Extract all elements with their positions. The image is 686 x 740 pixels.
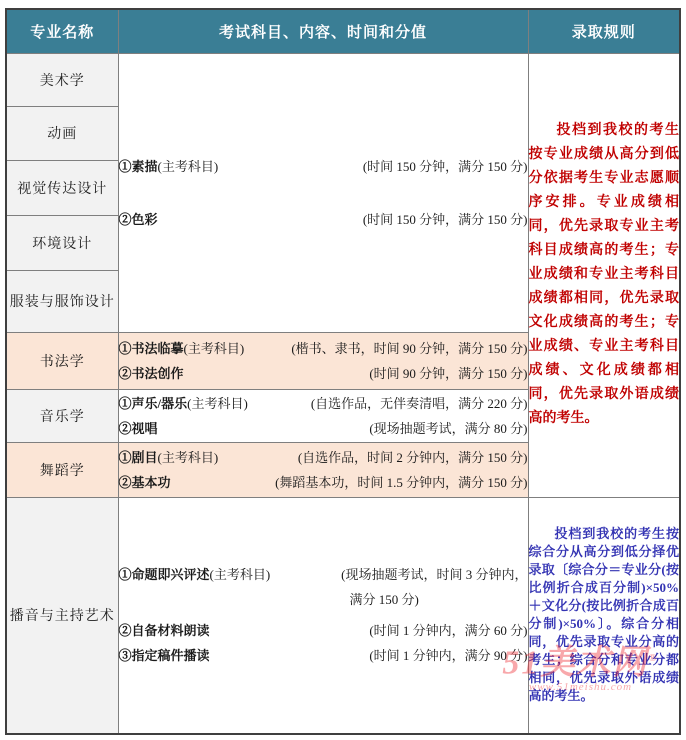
admission-rule-broadcasting: 投档到我校的考生按综合分从高分到低分择优录取〔综合分＝专业分(按比例折合成百分制… <box>529 525 680 705</box>
exam-line: ②书法创作 (时间 90 分钟，满分 150 分) <box>119 361 528 386</box>
exam-detail: (自选作品，无伴奏清唱，满分 220 分) <box>311 391 528 416</box>
exam-detail: (自选作品，时间 2 分钟内，满分 150 分) <box>298 445 528 470</box>
exam-subject: ①命题即兴评述 <box>119 567 210 582</box>
major-fashion-design: 服装与服饰设计 <box>6 270 118 332</box>
major-visual-design: 视觉传达设计 <box>6 160 118 215</box>
exam-detail: (现场抽题考试，时间 3 分钟内， <box>341 562 527 587</box>
header-exam: 考试科目、内容、时间和分值 <box>118 9 528 53</box>
exam-subject: ①剧目 <box>119 450 158 465</box>
table-header-row: 专业名称 考试科目、内容、时间和分值 录取规则 <box>6 9 680 53</box>
table-row: 播音与主持艺术 ①命题即兴评述(主考科目) (现场抽题考试，时间 3 分钟内， … <box>6 497 680 734</box>
exam-detail: (时间 1 分钟内，满分 90 分) <box>369 643 527 668</box>
exam-qualifier: (主考科目) <box>184 341 245 356</box>
exam-cell-group1: ①素描(主考科目) (时间 150 分钟，满分 150 分) ②色彩 (时间 1… <box>118 53 528 332</box>
admission-rule-art: 投档到我校的考生按专业成绩从高分到低分依据考生专业志愿顺序安排。专业成绩相同，优… <box>529 119 680 431</box>
table-row: 美术学 ①素描(主考科目) (时间 150 分钟，满分 150 分) ②色彩 (… <box>6 53 680 106</box>
exam-detail: (楷书、隶书，时间 90 分钟，满分 150 分) <box>291 336 527 361</box>
exam-detail: (舞蹈基本功，时间 1.5 分钟内，满分 150 分) <box>275 470 527 495</box>
major-fine-arts: 美术学 <box>6 53 118 106</box>
exam-line: ②基本功 (舞蹈基本功，时间 1.5 分钟内，满分 150 分) <box>119 470 528 495</box>
exam-cell-broadcasting: ①命题即兴评述(主考科目) (现场抽题考试，时间 3 分钟内， 满分 150 分… <box>118 497 528 734</box>
exam-subject: ③指定稿件播读 <box>119 648 210 663</box>
major-animation: 动画 <box>6 106 118 160</box>
exam-subject: ②书法创作 <box>119 366 184 381</box>
major-music: 音乐学 <box>6 389 118 442</box>
exam-line: ①素描(主考科目) (时间 150 分钟，满分 150 分) <box>119 154 528 179</box>
exam-subject: ①书法临摹 <box>119 341 184 356</box>
exam-subject: ②色彩 <box>119 212 158 227</box>
exam-subject: ①声乐/器乐 <box>119 396 188 411</box>
exam-line: ②视唱 (现场抽题考试，满分 80 分) <box>119 416 528 441</box>
exam-line: ①剧目(主考科目) (自选作品，时间 2 分钟内，满分 150 分) <box>119 445 528 470</box>
major-broadcasting: 播音与主持艺术 <box>6 497 118 734</box>
header-rules: 录取规则 <box>528 9 680 53</box>
admission-table-page: 专业名称 考试科目、内容、时间和分值 录取规则 美术学 ①素描(主考科目) (时… <box>0 0 686 740</box>
exam-subject: ②基本功 <box>119 475 171 490</box>
exam-detail: (时间 90 分钟，满分 150 分) <box>369 361 527 386</box>
exam-detail: 满分 150 分) <box>350 587 528 612</box>
exam-qualifier: (主考科目) <box>210 567 271 582</box>
exam-subject: ①素描 <box>119 159 158 174</box>
exam-qualifier: (主考科目) <box>158 159 219 174</box>
major-dance: 舞蹈学 <box>6 442 118 497</box>
exam-line: ③指定稿件播读 (时间 1 分钟内，满分 90 分) <box>119 643 528 668</box>
exam-admission-table: 专业名称 考试科目、内容、时间和分值 录取规则 美术学 ①素描(主考科目) (时… <box>5 8 681 735</box>
exam-subject: ②自备材料朗读 <box>119 623 210 638</box>
exam-cell-dance: ①剧目(主考科目) (自选作品，时间 2 分钟内，满分 150 分) ②基本功 … <box>118 442 528 497</box>
exam-detail: (时间 150 分钟，满分 150 分) <box>363 154 528 179</box>
exam-line: ①声乐/器乐(主考科目) (自选作品，无伴奏清唱，满分 220 分) <box>119 391 528 416</box>
major-calligraphy: 书法学 <box>6 332 118 389</box>
exam-detail: (现场抽题考试，满分 80 分) <box>369 416 527 441</box>
exam-qualifier: (主考科目) <box>158 450 219 465</box>
exam-cell-music: ①声乐/器乐(主考科目) (自选作品，无伴奏清唱，满分 220 分) ②视唱 (… <box>118 389 528 442</box>
exam-line: ①书法临摹(主考科目) (楷书、隶书，时间 90 分钟，满分 150 分) <box>119 336 528 361</box>
major-environment-design: 环境设计 <box>6 215 118 270</box>
exam-detail: (时间 1 分钟内，满分 60 分) <box>369 618 527 643</box>
header-major: 专业名称 <box>6 9 118 53</box>
exam-qualifier: (主考科目) <box>187 396 248 411</box>
exam-line: ①命题即兴评述(主考科目) (现场抽题考试，时间 3 分钟内， <box>119 562 528 587</box>
rules-cell-broadcasting: 投档到我校的考生按综合分从高分到低分择优录取〔综合分＝专业分(按比例折合成百分制… <box>528 497 680 734</box>
exam-detail: (时间 150 分钟，满分 150 分) <box>363 207 528 232</box>
exam-subject: ②视唱 <box>119 421 158 436</box>
exam-cell-calligraphy: ①书法临摹(主考科目) (楷书、隶书，时间 90 分钟，满分 150 分) ②书… <box>118 332 528 389</box>
exam-line: ②色彩 (时间 150 分钟，满分 150 分) <box>119 207 528 232</box>
exam-line: 满分 150 分) <box>119 587 528 612</box>
exam-line: ②自备材料朗读 (时间 1 分钟内，满分 60 分) <box>119 618 528 643</box>
rules-cell-art: 投档到我校的考生按专业成绩从高分到低分依据考生专业志愿顺序安排。专业成绩相同，优… <box>528 53 680 497</box>
